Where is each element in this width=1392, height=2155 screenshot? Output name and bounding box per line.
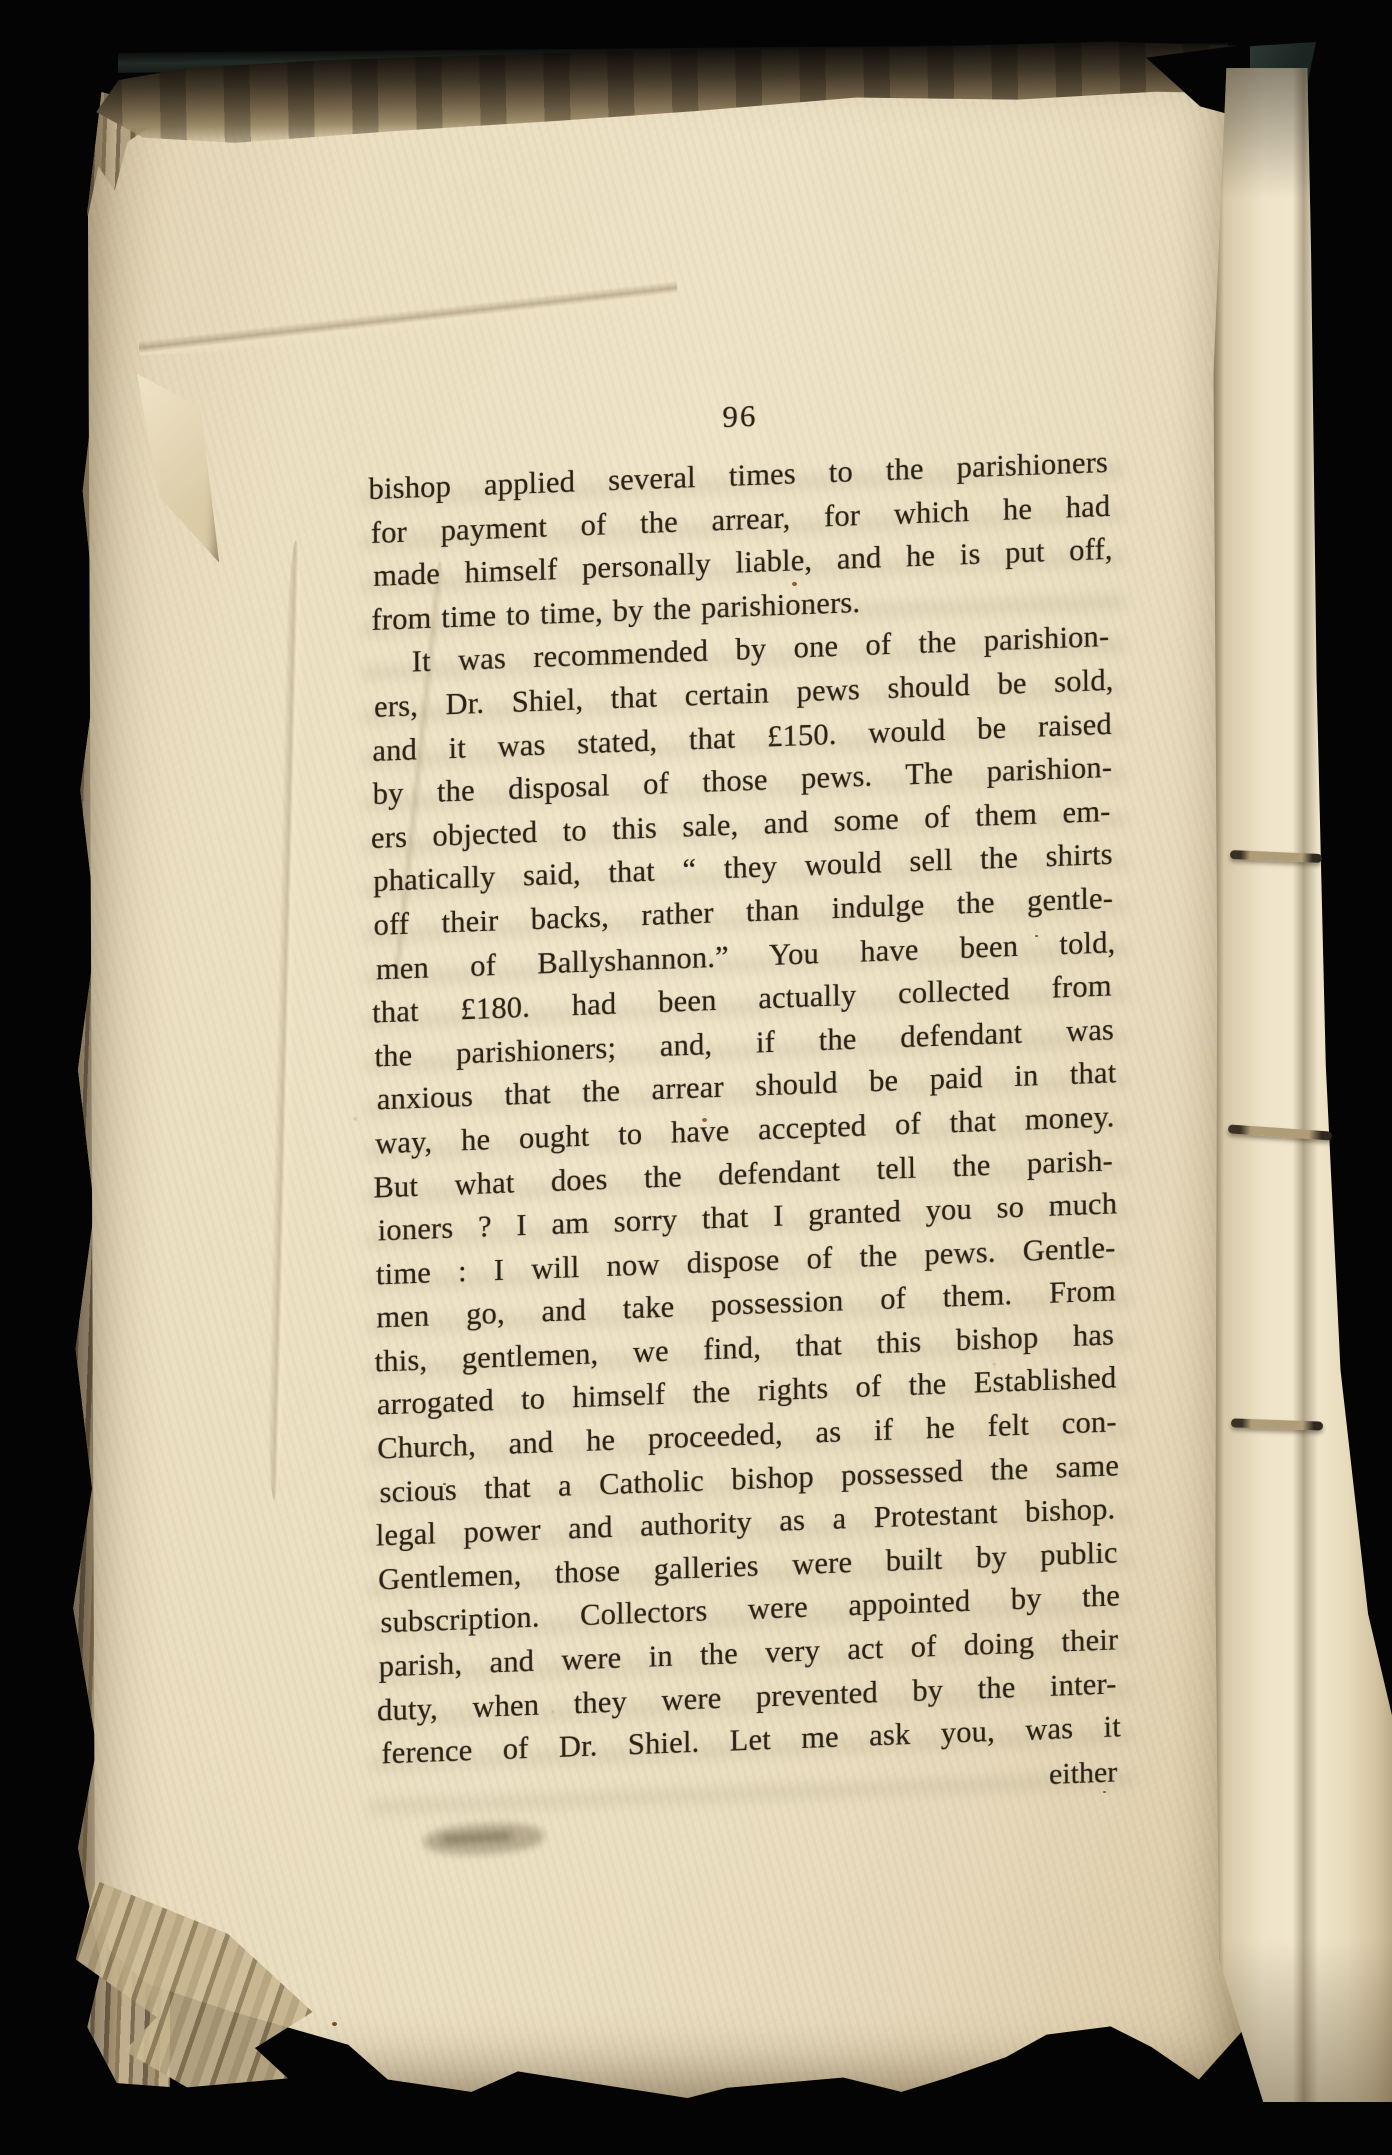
book-photo: 96 bishop applied several times to the p… [0, 0, 1392, 2155]
gutter-page-edge [1208, 68, 1392, 2102]
page-text-block: 96 bishop applied several times to the p… [370, 381, 1119, 1823]
body-text: bishop applied several times to the pari… [370, 441, 1119, 1776]
